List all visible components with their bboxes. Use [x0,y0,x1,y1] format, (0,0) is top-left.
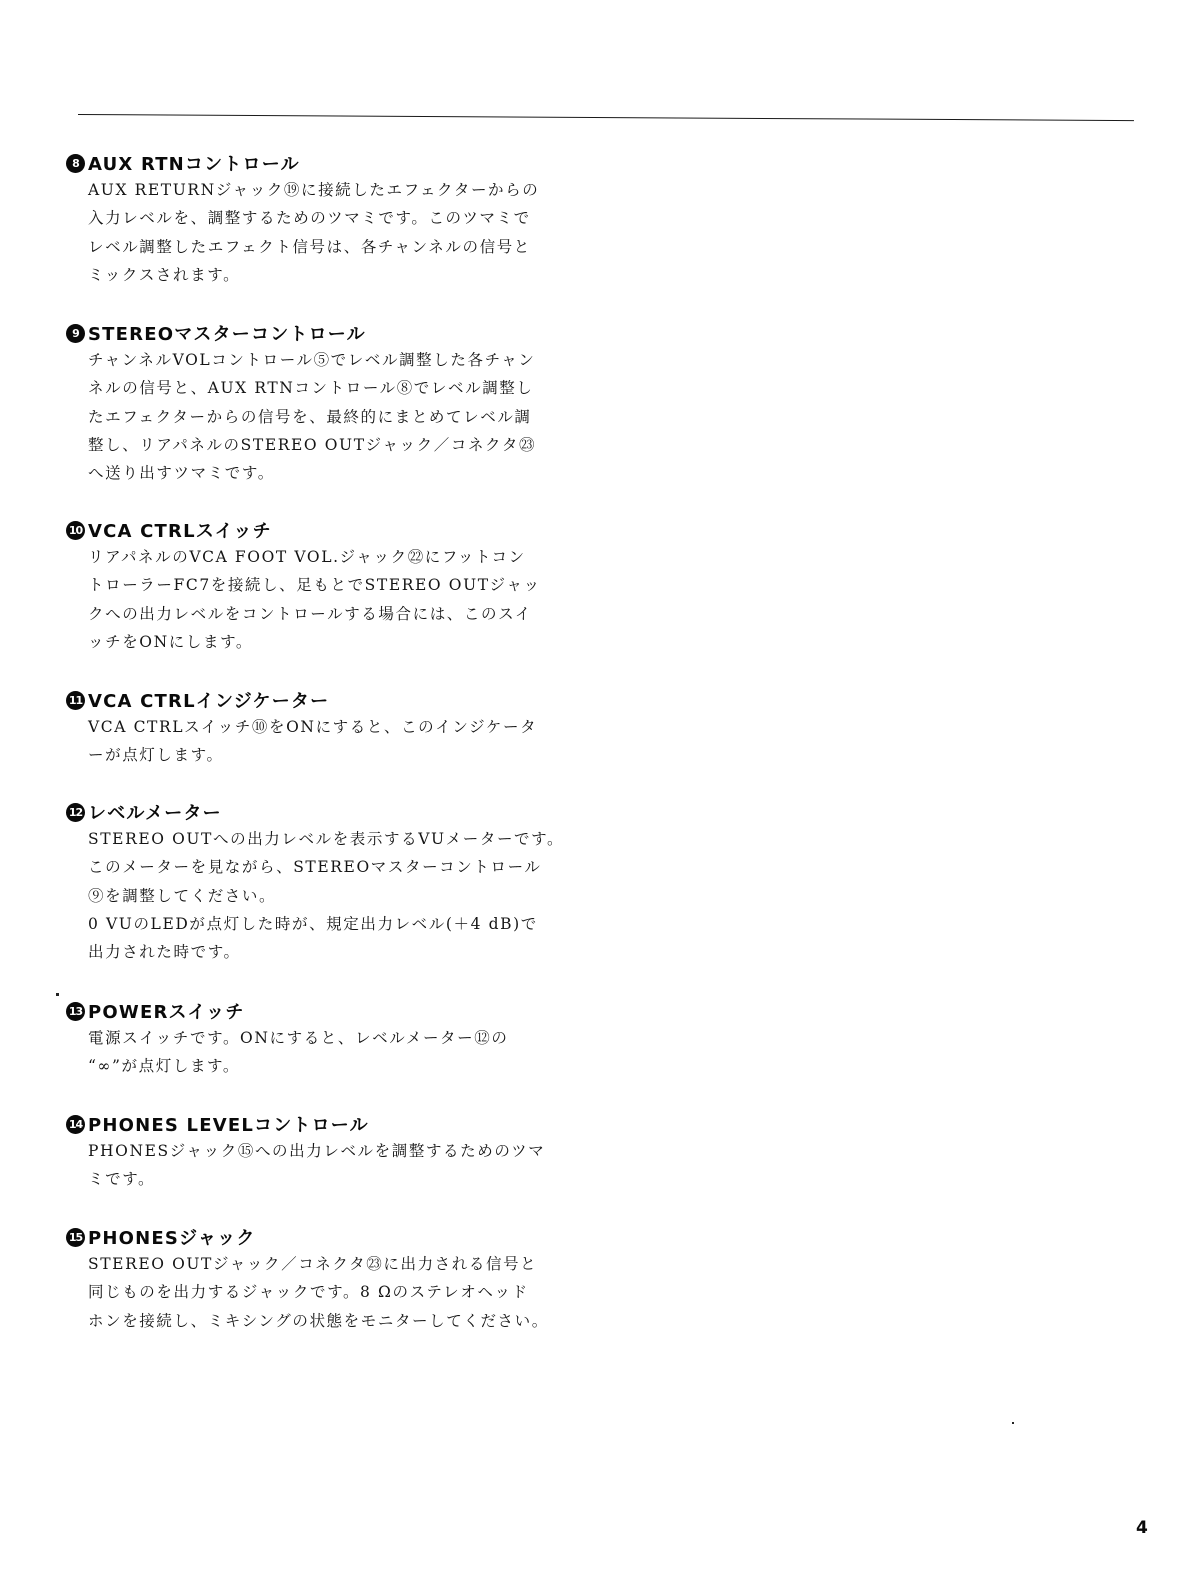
section-title: レベルメーター [88,799,222,825]
section-aux-rtn-control: 8 AUX RTNコントロール AUX RETURNジャック⑲に接続したエフェク… [66,150,606,289]
section-heading: 11 VCA CTRLインジケーター [66,687,606,713]
section-title: VCA CTRLインジケーター [88,687,329,713]
circled-number-icon: 13 [66,1002,85,1021]
scan-speck [1012,1422,1014,1424]
scan-speck [56,993,59,996]
circled-number-icon: 11 [66,691,85,710]
section-title: STEREOマスターコントロール [88,320,366,346]
section-title: POWERスイッチ [88,998,245,1024]
section-body: チャンネルVOLコントロール⑤でレベル調整した各チャン ネルの信号と、AUX R… [88,346,606,487]
page-number: 4 [1136,1518,1148,1538]
section-phones-level-control: 14 PHONES LEVELコントロール PHONESジャック⑮への出力レベル… [66,1111,606,1194]
section-heading: 8 AUX RTNコントロール [66,150,606,176]
section-phones-jack: 15 PHONESジャック STEREO OUTジャック／コネクタ㉓に出力される… [66,1224,606,1335]
section-title: AUX RTNコントロール [88,150,300,176]
section-body: PHONESジャック⑮への出力レベルを調整するためのツマ ミです。 [88,1137,606,1194]
section-heading: 14 PHONES LEVELコントロール [66,1111,606,1137]
section-power-switch: 13 POWERスイッチ 電源スイッチです。ONにすると、レベルメーター⑫の “… [66,998,606,1081]
section-level-meter: 12 レベルメーター STEREO OUTへの出力レベルを表示するVUメーターで… [66,799,606,966]
section-title: VCA CTRLスイッチ [88,517,272,543]
section-vca-ctrl-indicator: 11 VCA CTRLインジケーター VCA CTRLスイッチ⑩をONにすると、… [66,687,606,770]
section-body: 電源スイッチです。ONにすると、レベルメーター⑫の “∞”が点灯します。 [88,1024,606,1081]
circled-number-icon: 15 [66,1228,85,1247]
section-heading: 10 VCA CTRLスイッチ [66,517,606,543]
section-body: VCA CTRLスイッチ⑩をONにすると、このインジケータ ーが点灯します。 [88,713,606,770]
section-body: AUX RETURNジャック⑲に接続したエフェクターからの 入力レベルを、調整す… [88,176,606,289]
top-rule-divider [78,114,1134,121]
circled-number-icon: 14 [66,1115,85,1134]
section-vca-ctrl-switch: 10 VCA CTRLスイッチ リアパネルのVCA FOOT VOL.ジャック㉒… [66,517,606,656]
section-title: PHONESジャック [88,1224,256,1250]
section-title: PHONES LEVELコントロール [88,1111,369,1137]
section-heading: 12 レベルメーター [66,799,606,825]
section-body: リアパネルのVCA FOOT VOL.ジャック㉒にフットコン トローラーFC7を… [88,543,606,656]
circled-number-icon: 9 [66,324,85,343]
section-heading: 13 POWERスイッチ [66,998,606,1024]
section-heading: 9 STEREOマスターコントロール [66,320,606,346]
section-body: STEREO OUTジャック／コネクタ㉓に出力される信号と 同じものを出力するジ… [88,1250,606,1335]
circled-number-icon: 10 [66,521,85,540]
circled-number-icon: 8 [66,154,85,173]
section-heading: 15 PHONESジャック [66,1224,606,1250]
section-stereo-master-control: 9 STEREOマスターコントロール チャンネルVOLコントロール⑤でレベル調整… [66,320,606,487]
circled-number-icon: 12 [66,803,85,822]
section-body: STEREO OUTへの出力レベルを表示するVUメーターです。 このメーターを見… [88,825,606,966]
